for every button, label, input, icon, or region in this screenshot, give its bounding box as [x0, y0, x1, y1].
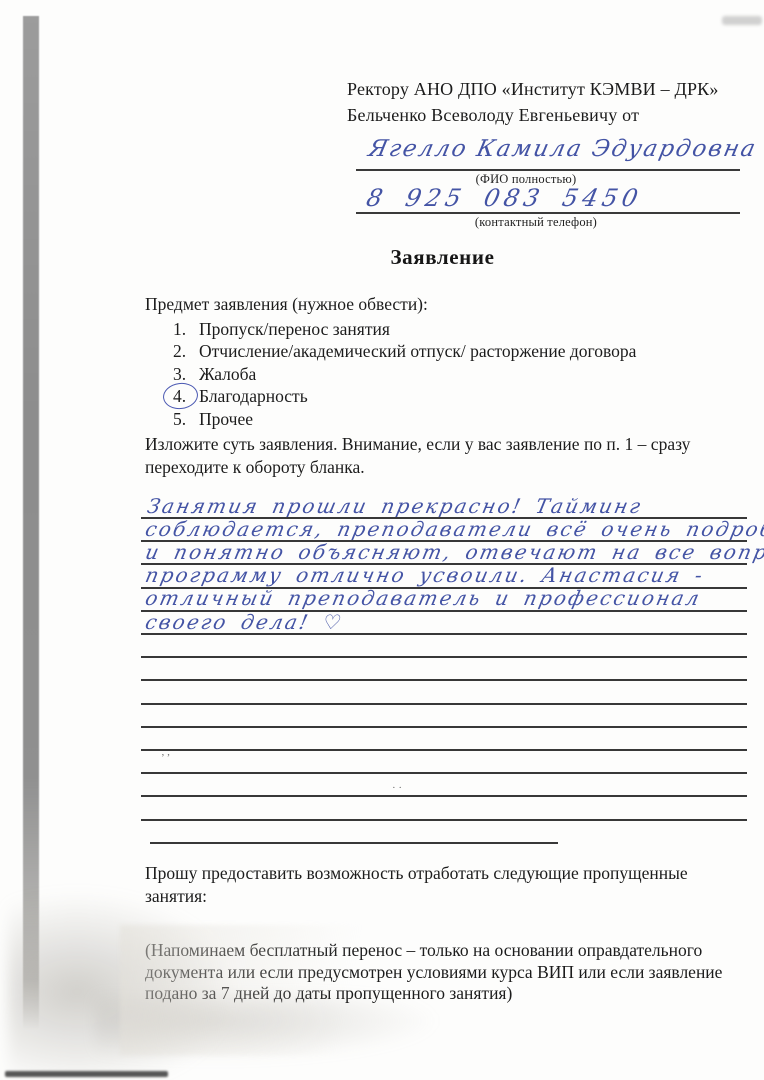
statement-instruction: Изложите суть заявления. Внимание, если …	[145, 433, 764, 479]
subject-option-label: Прочее	[199, 409, 253, 429]
ruled-line	[141, 540, 747, 542]
addressee-line-2: Бельченко Всеволоду Евгеньевичу от	[347, 102, 747, 128]
subject-option-4: 4.Благодарность	[173, 385, 636, 407]
fio-underline	[356, 169, 740, 171]
ruled-line	[141, 656, 747, 658]
handwriting-line-5: отличный преподаватель и профессионал	[143, 585, 704, 611]
subject-option-label: Отчисление/академический отпуск/ расторж…	[199, 341, 636, 361]
ruled-line	[141, 703, 747, 705]
subject-option-number: 2.	[173, 340, 199, 362]
subject-option-number: 1.	[173, 318, 199, 340]
makeup-request: Прошу предоставить возможность отработат…	[145, 862, 733, 908]
ruled-line	[141, 749, 747, 751]
ruled-line	[141, 587, 747, 589]
form-title: Заявление	[145, 245, 740, 270]
ruled-line	[141, 610, 747, 612]
handwriting-line-6: своего дела! ♡	[143, 609, 346, 635]
subject-option-number: 5.	[173, 408, 199, 430]
scan-artifact-top-right-mark	[722, 16, 762, 25]
ruled-line	[141, 633, 747, 635]
subject-option-label: Жалоба	[199, 364, 256, 384]
ruled-line	[141, 819, 747, 821]
subject-prompt: Предмет заявления (нужное обвести):	[145, 294, 428, 315]
scanned-application-form: ’ ’ · · Ректору АНО ДПО «Институт КЭМВИ …	[0, 0, 764, 1080]
subject-option-1: 1.Пропуск/перенос занятия	[173, 318, 636, 340]
writing-area: Занятия прошли прекрасно! Тайминг соблюд…	[141, 517, 747, 857]
ruled-line	[150, 842, 558, 844]
scan-artifact-left-strip	[23, 16, 39, 1030]
phone-underline	[356, 212, 740, 214]
scan-artifact-bottom-edge	[5, 1071, 168, 1077]
addressee-line-1: Ректору АНО ДПО «Институт КЭМВИ – ДРК»	[347, 76, 747, 102]
subject-option-3: 3.Жалоба	[173, 363, 636, 385]
subject-list: 1.Пропуск/перенос занятия 2.Отчисление/а…	[173, 318, 636, 430]
ruled-line	[141, 795, 747, 797]
ruled-line	[141, 563, 747, 565]
subject-option-5: 5.Прочее	[173, 408, 636, 430]
subject-option-number: 3.	[173, 363, 199, 385]
ruled-line	[141, 517, 747, 519]
footnote: (Напоминаем бесплатный перенос – только …	[145, 940, 751, 1005]
ruled-line	[141, 726, 747, 728]
ruled-line	[141, 679, 747, 681]
phone-label: (контактный телефон)	[356, 215, 716, 230]
subject-option-label: Пропуск/перенос занятия	[199, 319, 390, 339]
scan-artifact-bottom-mottle	[95, 995, 435, 1060]
ruled-line	[141, 772, 747, 774]
phone-handwritten-value: 8 925 083 5450	[364, 184, 645, 212]
subject-option-label: Благодарность	[199, 386, 308, 406]
subject-option-2: 2.Отчисление/академический отпуск/ расто…	[173, 340, 636, 362]
addressee-block: Ректору АНО ДПО «Институт КЭМВИ – ДРК» Б…	[347, 76, 747, 128]
fio-handwritten-value: Ягелло Камила Эдуардовна	[366, 136, 759, 162]
